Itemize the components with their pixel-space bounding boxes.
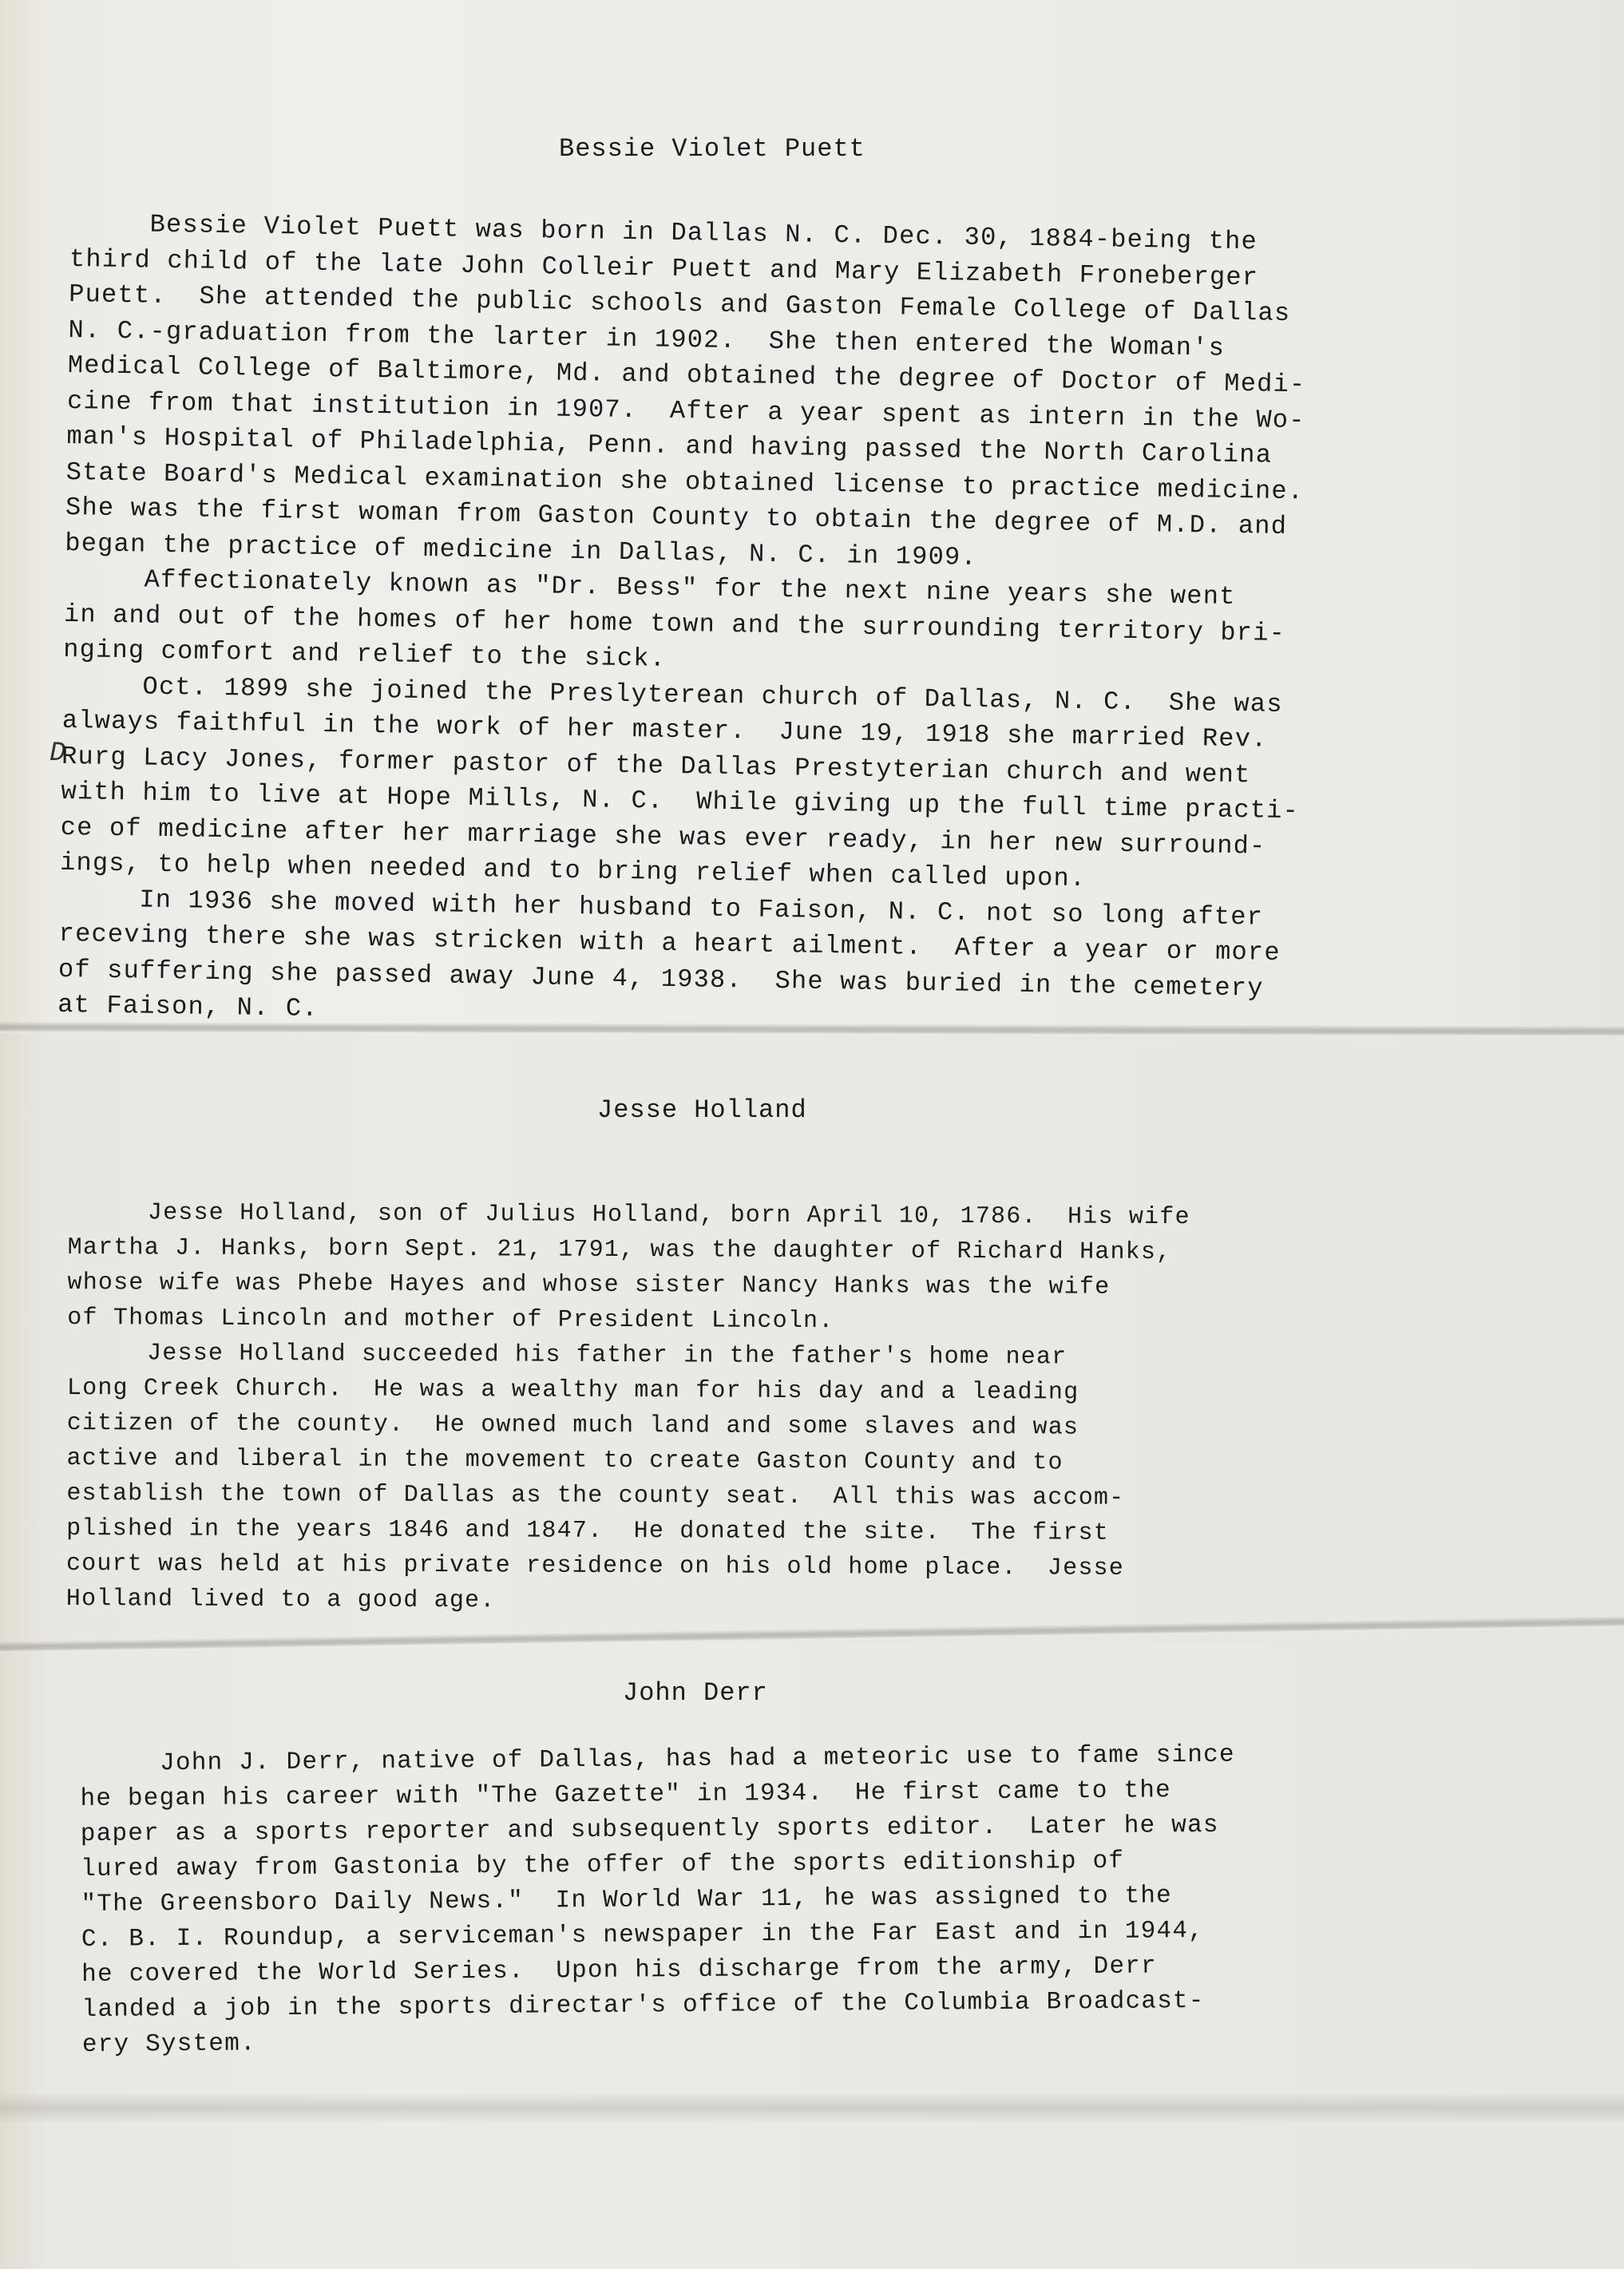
text-line: Jesse Holland succeeded his father in th…	[67, 1336, 1424, 1376]
text-line: establish the town of Dallas as the coun…	[66, 1476, 1424, 1517]
text-line: plished in the years 1846 and 1847. He d…	[66, 1511, 1424, 1552]
text-line: court was held at his private residence …	[66, 1546, 1424, 1587]
paper-fold	[0, 2092, 1624, 2124]
text-line: whose wife was Phebe Hayes and whose sis…	[67, 1265, 1424, 1306]
section-title-holland: Jesse Holland	[597, 1095, 807, 1125]
text-line: of Thomas Lincoln and mother of Presiden…	[67, 1301, 1424, 1341]
section-body-holland: Jesse Holland, son of Julius Holland, bo…	[66, 1195, 1425, 1622]
text-line: citizen of the county. He owned much lan…	[67, 1406, 1424, 1447]
text-line: active and liberal in the movement to cr…	[66, 1441, 1424, 1482]
text-line: Holland lived to a good age.	[66, 1582, 1424, 1622]
section-title-puett: Bessie Violet Puett	[559, 134, 865, 164]
section-body-puett: Bessie Violet Puett was born in Dallas N…	[57, 206, 1428, 1044]
text-line: Long Creek Church. He was a wealthy man …	[67, 1371, 1424, 1412]
section-body-derr: John J. Derr, native of Dallas, has had …	[80, 1736, 1440, 2063]
section-title-derr: John Derr	[623, 1678, 768, 1708]
text-line: Jesse Holland, son of Julius Holland, bo…	[68, 1195, 1425, 1236]
text-line: Martha J. Hanks, born Sept. 21, 1791, wa…	[68, 1230, 1425, 1271]
